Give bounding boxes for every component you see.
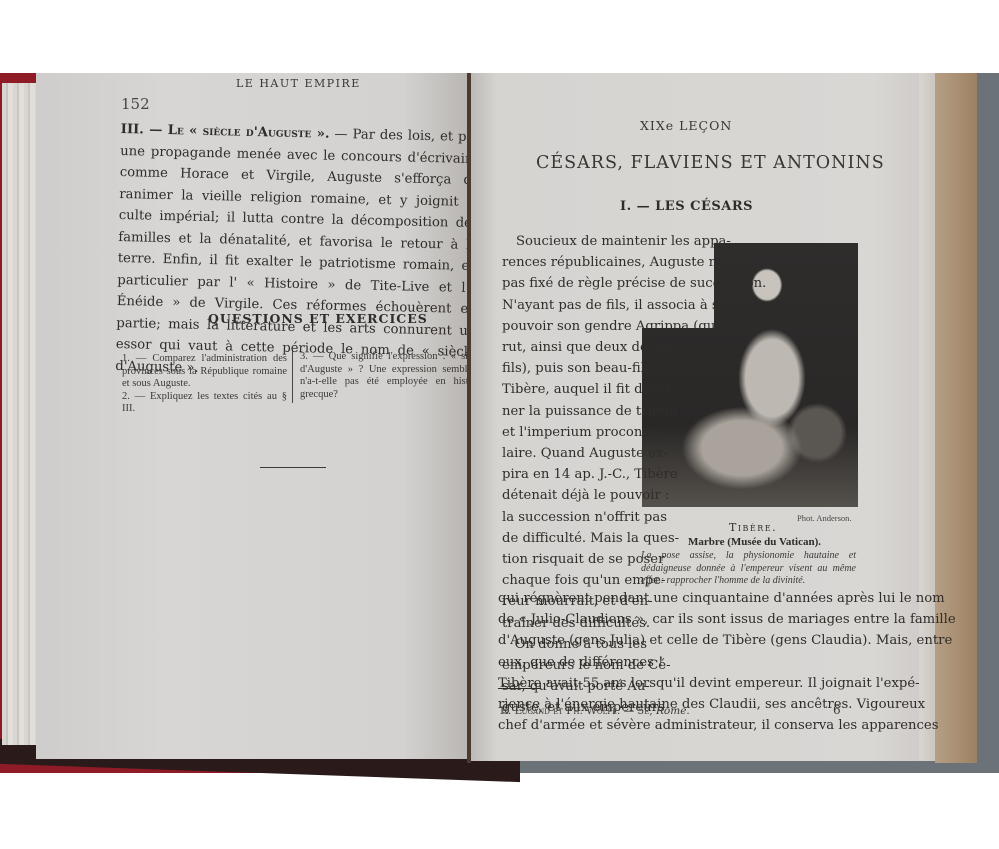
caption-note: La pose assise, la physionomie hautaine … <box>641 550 856 588</box>
caption-name: Tibère. <box>729 521 777 534</box>
signature-number: 6 <box>833 703 841 717</box>
photo-credit: Phot. Anderson. <box>797 513 852 523</box>
chapter-title: CÉSARS, FLAVIENS ET ANTONINS <box>536 153 885 173</box>
text-line: eux, que de différences ! <box>498 652 956 673</box>
text-fragment: avait 55 ans lorsqu'il devint empereur. … <box>541 676 919 691</box>
text-line: qui régnèrent pendant une cinquantaine d… <box>498 588 956 609</box>
footer-series: Rome. <box>656 705 690 717</box>
caption-source: Marbre (Musée du Vatican). <box>688 536 821 548</box>
text-line: fils), puis son beau-fils <box>502 358 679 379</box>
lesson-number: XIXe LEÇON <box>640 118 732 133</box>
text-line: N'ayant pas de fils, il associa à son <box>502 295 766 316</box>
text-line: d'Auguste (gens Julia) et celle de Tibèr… <box>498 630 956 651</box>
text-line: Tibère, auquel il fit décer- <box>502 379 679 400</box>
text-line: chef d'armée et sévère administrateur, i… <box>498 715 956 736</box>
footer-authors: R. Lugand et Ph. Wolff. — 5e, <box>500 705 656 717</box>
text-line: laire. Quand Auguste ex- <box>502 443 679 464</box>
text-line: détenait déjà le pouvoir : <box>502 485 679 506</box>
text-line: ner la puissance de tribun <box>502 401 679 422</box>
text-line: et l'imperium proconsu- <box>502 422 679 443</box>
text-line: rences républicaines, Auguste n'avait <box>502 252 766 273</box>
text-line: Soucieux de maintenir les appa- <box>502 231 766 252</box>
text-line: pouvoir son gendre Agrippa (qui mou- <box>502 316 766 337</box>
intro-lines: Soucieux de maintenir les appa- rences r… <box>502 231 766 337</box>
text-line: la succession n'offrit pas <box>502 507 679 528</box>
text-line: rut, ainsi que deux de ses <box>502 337 679 358</box>
right-page-content: XIXe LEÇON CÉSARS, FLAVIENS ET ANTONINS … <box>0 73 999 773</box>
text-line: de « Julio-Claudiens », car ils sont iss… <box>498 609 956 630</box>
text-line: Tibère avait 55 ans lorsqu'il devint emp… <box>498 673 956 694</box>
page-footer: R. Lugand et Ph. Wolff. — 5e, Rome. <box>500 705 690 717</box>
text-line: pas fixé de règle précise de succession. <box>502 273 766 294</box>
text-line: pira en 14 ap. J.-C., Tibère <box>502 464 679 485</box>
text-line: de difficulté. Mais la ques- <box>502 528 679 549</box>
section-title: I. — LES CÉSARS <box>620 199 753 214</box>
underlined-word: Tibère <box>498 676 541 691</box>
